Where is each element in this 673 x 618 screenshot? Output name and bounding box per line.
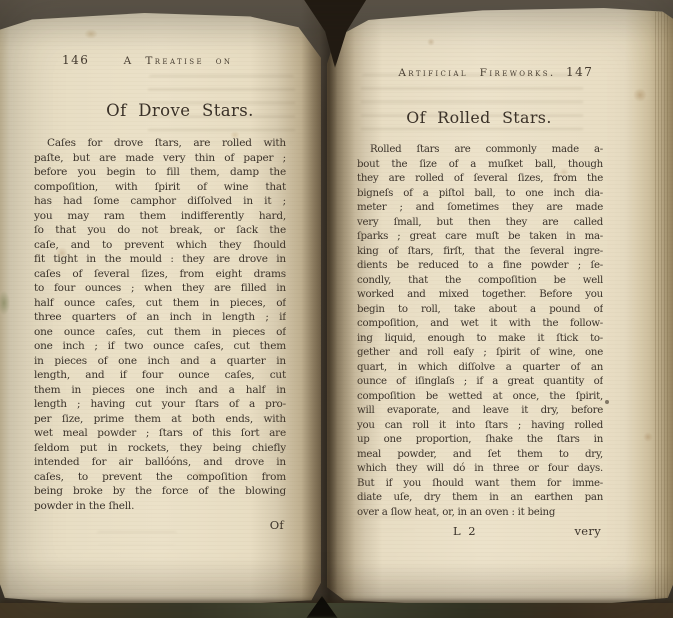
body-line: will evaporate, and leave it dry, before xyxy=(357,404,603,419)
foxing-spot xyxy=(84,29,98,39)
body-line: up one proportion, ſhake the ſtars in xyxy=(357,433,603,448)
body-line: compoſition be wetted at once, the ſpiri… xyxy=(357,390,603,405)
body-line: meter ; and ſometimes they are made xyxy=(357,201,603,216)
body-line: fit tight in the mould : they are drove … xyxy=(34,252,286,267)
section-heading: Of Rolled Stars. xyxy=(406,108,551,127)
foxing-spot xyxy=(0,291,10,315)
body-line: quart, in which diſſolve a quarter of an xyxy=(357,361,603,376)
running-title: A Treatise on xyxy=(124,55,233,67)
page-header: Artificial Fireworks. 147 xyxy=(327,65,673,83)
body-line: compoſition, with ſpirit of wine that xyxy=(34,180,286,195)
body-line: bigneſs of a piſtol ball, to one inch di… xyxy=(357,187,603,202)
page-edges xyxy=(655,12,670,601)
body-line: one ounce caſes, cut them in pieces of xyxy=(34,325,286,340)
body-line: caſes of ſeveral ſizes, from eight drams xyxy=(34,267,286,282)
page-number: 146 xyxy=(62,53,89,67)
show-through xyxy=(361,74,583,140)
page-header: 146 A Treatise on xyxy=(0,53,321,71)
body-line: compoſition, and wet it with the follow- xyxy=(357,317,603,332)
body-line: begin to roll, take about a pound of xyxy=(357,303,603,318)
body-text: Caſes for drove ſtars, are rolled with p… xyxy=(34,136,286,513)
page-foot: Of xyxy=(34,518,286,534)
book-photo: 146 A Treatise on Of Drove Stars. Caſes … xyxy=(0,0,673,618)
body-line: has had ſome camphor diſſolved in it ; xyxy=(34,194,286,209)
body-line: king of ſtars, firſt, that the ſeveral i… xyxy=(357,245,603,260)
body-line: before you begin to fill them, damp the xyxy=(34,165,286,180)
body-line: diate uſe, dry them in an earthen pan xyxy=(357,491,603,506)
body-text: Rolled ſtars are commonly made a- bout t… xyxy=(357,143,603,520)
body-line: wet meal powder ; ſtars of this ſort are xyxy=(34,426,286,441)
body-line: Caſes for drove ſtars, are rolled with xyxy=(34,136,286,151)
foxing-spot xyxy=(605,400,609,404)
body-line: powder in the ſhell. xyxy=(34,499,286,514)
body-line: length ; having cut your ſtars of a pro- xyxy=(34,397,286,412)
page-foot: L 2 very xyxy=(357,524,603,540)
body-line: ſeldom put in rockets, they being chiefl… xyxy=(34,441,286,456)
body-line: caſes, to prevent the compoſition from xyxy=(34,470,286,485)
section-heading: Of Drove Stars. xyxy=(106,101,254,120)
page-number: 147 xyxy=(566,65,593,79)
body-line: to four ounces ; when they are filled in xyxy=(34,281,286,296)
right-page: Artificial Fireworks. 147 Of Rolled Star… xyxy=(327,8,673,605)
body-line: caſe, and to prevent which they ſhould xyxy=(34,238,286,253)
signature-mark: L 2 xyxy=(453,524,478,538)
body-line: which they will dó in three or four days… xyxy=(357,462,603,477)
body-line: dients be reduced to a fine powder ; ſe- xyxy=(357,259,603,274)
body-line: gether and roll eaſy ; ſpirit of wine, o… xyxy=(357,346,603,361)
body-line: ſparks ; great care muſt be taken in ma- xyxy=(357,230,603,245)
left-page: 146 A Treatise on Of Drove Stars. Caſes … xyxy=(0,13,321,605)
body-line: one inch ; if two ounce caſes, cut them xyxy=(34,339,286,354)
body-line: you can roll it into ſtars ; having roll… xyxy=(357,419,603,434)
body-line: they are rolled of ſeveral ſizes, from t… xyxy=(357,172,603,187)
body-line: them in pieces one inch and a half in xyxy=(34,383,286,398)
body-line: over a ſlow heat, or, in an oven : it be… xyxy=(357,506,603,521)
body-line: paſte, but are made very thin of paper ; xyxy=(34,151,286,166)
body-line: ing liquid, enough to make it ſtick to- xyxy=(357,332,603,347)
body-line: length, and if four ounce caſes, cut xyxy=(34,368,286,383)
foxing-spot xyxy=(427,38,435,46)
body-line: very ſmall, but then they are called xyxy=(357,216,603,231)
catchword: very xyxy=(575,524,602,538)
body-line: you may ram them indifferently hard, xyxy=(34,209,286,224)
body-line: ſo that you do not break, or ſack the xyxy=(34,223,286,238)
catchword: Of xyxy=(270,518,284,532)
body-line: ounce of iſinglaſs ; if a great quantity… xyxy=(357,375,603,390)
foxing-spot xyxy=(643,432,653,442)
body-line: in pieces of one inch and a quarter in xyxy=(34,354,286,369)
body-line: But if you ſhould want them for imme- xyxy=(357,477,603,492)
body-line: Rolled ſtars are commonly made a- xyxy=(357,143,603,158)
body-line: intended for air ballóóns, and drove in xyxy=(34,455,286,470)
body-line: bout the ſize of a muſket ball, though xyxy=(357,158,603,173)
body-line: per ſize, prime them at both ends, with xyxy=(34,412,286,427)
foxing-spot xyxy=(633,88,647,102)
running-title: Artificial Fireworks. xyxy=(398,67,555,79)
body-line: condly, that the compoſition be well xyxy=(357,274,603,289)
body-line: half ounce caſes, cut them in pieces, of xyxy=(34,296,286,311)
body-line: three quarters of an inch in length ; if xyxy=(34,310,286,325)
body-line: meal powder, and ſet them to dry, xyxy=(357,448,603,463)
body-line: worked and mixed together. Before you xyxy=(357,288,603,303)
body-line: being broke by the force of the blowing xyxy=(34,484,286,499)
table-edge xyxy=(0,603,673,618)
